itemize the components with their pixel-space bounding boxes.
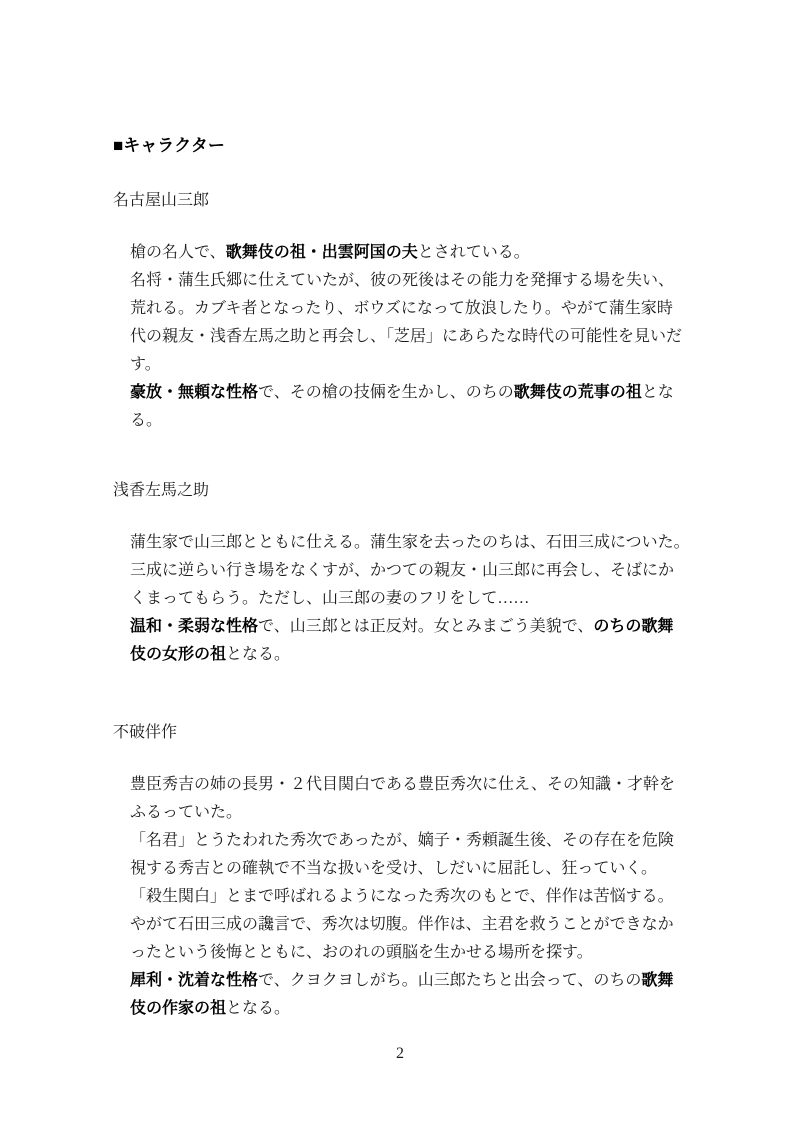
text-line: くまってもらう。ただし、山三郎の妻のフリをして…… (130, 585, 720, 613)
character-description: 蒲生家で山三郎とともに仕える。蒲生家を去ったのちは、石田三成についた。三成に逆ら… (113, 529, 720, 669)
body-text: とな (642, 384, 674, 401)
text-line: 「名君」とうたわれた秀次であったが、嫡子・秀頼誕生後、その存在を危険 (130, 827, 720, 855)
emphasized-text: 伎の作家の祖 (130, 1000, 226, 1017)
body-text: 豊臣秀吉の姉の長男・２代目関白である豊臣秀次に仕え、その知識・才幹を (130, 776, 675, 793)
body-text: 名将・蒲生氏郷に仕えていたが、彼の死後はその能力を発揮する場を失い、 (130, 272, 674, 289)
character-section: 浅香左馬之助蒲生家で山三郎とともに仕える。蒲生家を去ったのちは、石田三成についた… (113, 477, 720, 669)
body-text: す。 (130, 356, 161, 373)
emphasized-text: のちの歌舞 (593, 618, 673, 635)
document-page: ■キャラクター 名古屋山三郎槍の名人で、歌舞伎の祖・出雲阿国の夫とされている。名… (0, 0, 800, 1131)
text-line: ふるっていた。 (130, 799, 720, 827)
text-line: る。 (130, 407, 720, 435)
emphasized-text: 歌舞 (641, 972, 673, 989)
character-description: 槍の名人で、歌舞伎の祖・出雲阿国の夫とされている。名将・蒲生氏郷に仕えていたが、… (113, 239, 720, 435)
text-line: 豪放・無頼な性格で、その槍の技倆を生かし、のちの歌舞伎の荒事の祖とな (130, 379, 720, 407)
text-line: す。 (130, 351, 720, 379)
character-section: 不破伴作豊臣秀吉の姉の長男・２代目関白である豊臣秀次に仕え、その知識・才幹をふる… (113, 719, 720, 1023)
text-line: 蒲生家で山三郎とともに仕える。蒲生家を去ったのちは、石田三成についた。 (130, 529, 720, 557)
body-text: くまってもらう。ただし、山三郎の妻のフリをして…… (130, 590, 529, 607)
body-text: とされている。 (418, 244, 530, 261)
body-text: やがて石田三成の讒言で、秀次は切腹。伴作は、主君を救うことができなか (130, 916, 674, 933)
body-text: で、その槍の技倆を生かし、のちの (258, 384, 514, 401)
body-text: 「殺生関白」とまで呼ばれるようになった秀次のもとで、伴作は苦悩する。 (130, 888, 674, 905)
character-section: 名古屋山三郎槍の名人で、歌舞伎の祖・出雲阿国の夫とされている。名将・蒲生氏郷に仕… (113, 187, 720, 435)
text-line: 荒れる。カブキ者となったり、ボウズになって放浪したり。やがて蒲生家時 (130, 295, 720, 323)
text-line: 伎の作家の祖となる。 (130, 995, 720, 1023)
character-name: 不破伴作 (113, 719, 720, 747)
page-number: 2 (0, 1040, 800, 1068)
body-text: 「名君」とうたわれた秀次であったが、嫡子・秀頼誕生後、その存在を危険 (130, 832, 674, 849)
character-name: 浅香左馬之助 (113, 477, 720, 505)
text-line: 代の親友・浅香左馬之助と再会し、「芝居」にあらたな時代の可能性を見いだ (130, 323, 720, 351)
text-line: 視する秀吉との確執で不当な扱いを受け、しだいに屈託し、狂っていく。 (130, 855, 720, 883)
page-title: ■キャラクター (113, 132, 225, 160)
body-text: 代の親友・浅香左馬之助と再会し、「芝居」にあらたな時代の可能性を見いだ (130, 328, 682, 345)
text-line: 豊臣秀吉の姉の長男・２代目関白である豊臣秀次に仕え、その知識・才幹を (130, 771, 720, 799)
body-text: で、山三郎とは正反対。女とみまごう美貌で、 (258, 618, 593, 635)
emphasized-text: 温和・柔弱な性格 (130, 618, 258, 635)
character-description: 豊臣秀吉の姉の長男・２代目関白である豊臣秀次に仕え、その知識・才幹をふるっていた… (113, 771, 720, 1023)
emphasized-text: 豪放・無頼な性格 (130, 384, 258, 401)
text-line: 三成に逆らい行き場をなくすが、かつての親友・山三郎に再会し、そばにか (130, 557, 720, 585)
body-text: ふるっていた。 (130, 804, 242, 821)
text-line: 槍の名人で、歌舞伎の祖・出雲阿国の夫とされている。 (130, 239, 720, 267)
text-line: 温和・柔弱な性格で、山三郎とは正反対。女とみまごう美貌で、のちの歌舞 (130, 613, 720, 641)
body-text: となる。 (226, 1000, 290, 1017)
body-text: となる。 (226, 646, 290, 663)
emphasized-text: 歌舞伎の荒事の祖 (514, 384, 642, 401)
emphasized-text: 歌舞伎の祖・出雲阿国の夫 (226, 244, 418, 261)
body-text: 視する秀吉との確執で不当な扱いを受け、しだいに屈託し、狂っていく。 (130, 860, 657, 877)
body-text: 荒れる。カブキ者となったり、ボウズになって放浪したり。やがて蒲生家時 (130, 300, 673, 317)
body-text: 三成に逆らい行き場をなくすが、かつての親友・山三郎に再会し、そばにか (130, 562, 674, 579)
body-text: で、クヨクヨしがち。山三郎たちと出会って、のちの (258, 972, 641, 989)
character-name: 名古屋山三郎 (113, 187, 720, 215)
text-line: 名将・蒲生氏郷に仕えていたが、彼の死後はその能力を発揮する場を失い、 (130, 267, 720, 295)
body-text: 槍の名人で、 (130, 244, 226, 261)
text-line: 「殺生関白」とまで呼ばれるようになった秀次のもとで、伴作は苦悩する。 (130, 883, 720, 911)
emphasized-text: 犀利・沈着な性格 (130, 972, 258, 989)
body-text: ったという後悔とともに、おのれの頭脳を生かせる場所を探す。 (130, 944, 593, 961)
text-line: ったという後悔とともに、おのれの頭脳を生かせる場所を探す。 (130, 939, 720, 967)
emphasized-text: 伎の女形の祖 (130, 646, 226, 663)
text-line: やがて石田三成の讒言で、秀次は切腹。伴作は、主君を救うことができなか (130, 911, 720, 939)
body-text: る。 (130, 412, 162, 429)
text-line: 犀利・沈着な性格で、クヨクヨしがち。山三郎たちと出会って、のちの歌舞 (130, 967, 720, 995)
body-text: 蒲生家で山三郎とともに仕える。蒲生家を去ったのちは、石田三成についた。 (130, 534, 690, 551)
text-line: 伎の女形の祖となる。 (130, 641, 720, 669)
